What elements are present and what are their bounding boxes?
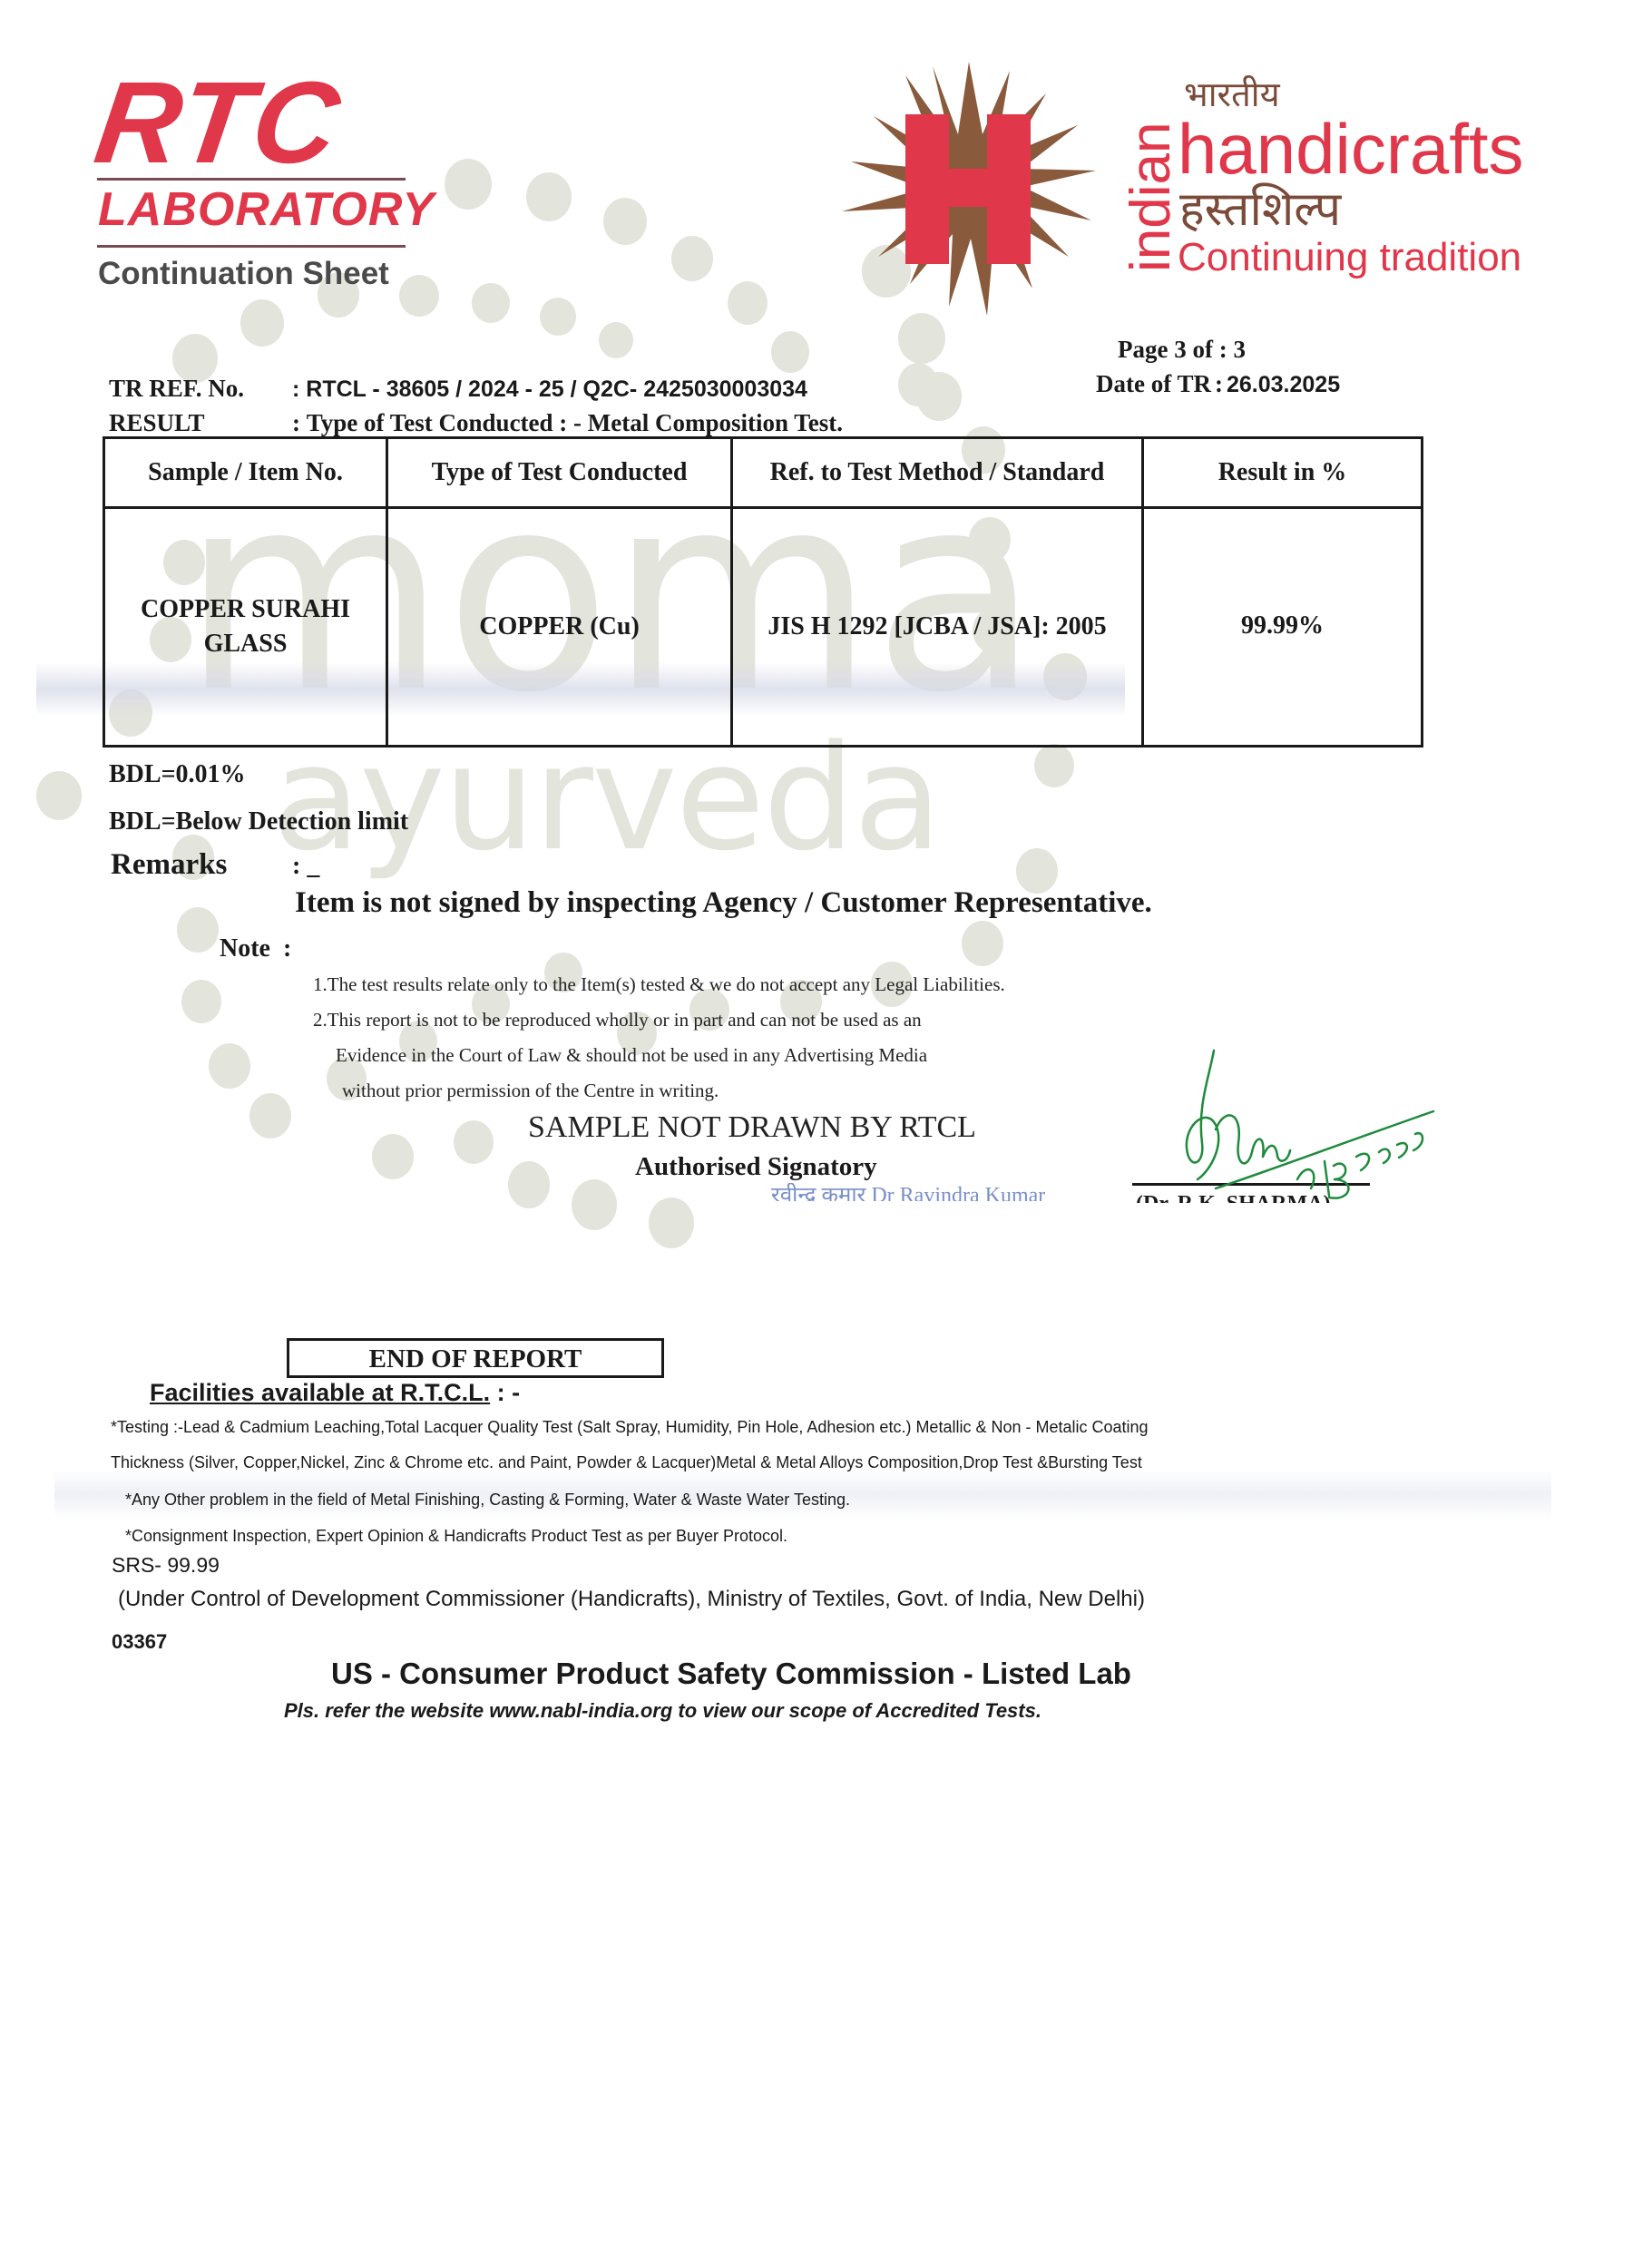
- facilities-title: Facilities available at R.T.C.L.: [150, 1379, 490, 1406]
- watermark-dot: [728, 281, 768, 325]
- cell-result: 99.99%: [1143, 508, 1423, 747]
- facility-item: *Testing :-Lead & Cadmium Leaching,Total…: [111, 1418, 1149, 1437]
- note-label: Note: [220, 934, 270, 963]
- watermark-dot: [372, 1134, 414, 1179]
- remarks-statement: Item is not signed by inspecting Agency …: [295, 886, 1152, 920]
- watermark-dot: [472, 283, 510, 323]
- document-number: 03367: [112, 1630, 167, 1654]
- note-item: 2.This report is not to be reproduced wh…: [313, 1009, 922, 1031]
- result-value: Type of Test Conducted : - Metal Composi…: [307, 409, 843, 436]
- handicrafts-hindi-bottom: हस्तशिल्प: [1179, 186, 1341, 233]
- watermark-dot: [599, 322, 633, 358]
- sample-name-line2: GLASS: [204, 630, 288, 658]
- watermark-dot: [540, 298, 576, 336]
- tr-ref-label: TR REF. No.: [109, 375, 292, 403]
- facilities-suffix: : -: [490, 1379, 520, 1406]
- column-header-result: Result in %: [1143, 438, 1423, 508]
- watermark-dot: [36, 771, 82, 820]
- watermark-dot: [209, 1043, 250, 1089]
- facility-item: *Consignment Inspection, Expert Opinion …: [125, 1527, 787, 1546]
- result-row: RESULT: Type of Test Conducted : - Metal…: [109, 409, 843, 437]
- tr-ref-value: RTCL - 38605 / 2024 - 25 / Q2C- 24250300…: [306, 376, 807, 402]
- watermark-dot: [249, 1093, 291, 1139]
- watermark-dot: [1034, 744, 1074, 787]
- sample-not-drawn-statement: SAMPLE NOT DRAWN BY RTCL: [528, 1110, 976, 1145]
- handicrafts-tagline: Continuing tradition: [1178, 238, 1521, 278]
- watermark-dot: [526, 172, 572, 221]
- watermark-dot: [603, 198, 647, 245]
- watermark-dot: [399, 275, 439, 317]
- handicrafts-title: handicrafts: [1178, 113, 1524, 184]
- facilities-heading: Facilities available at R.T.C.L. : -: [150, 1379, 520, 1407]
- page-value: 3: [1233, 336, 1246, 363]
- note-item-continuation: Evidence in the Court of Law & should no…: [336, 1044, 927, 1067]
- tr-ref-row: TR REF. No.: RTCL - 38605 / 2024 - 25 / …: [109, 375, 807, 403]
- page-indicator: Page 3 of : 3: [1118, 336, 1246, 364]
- sheet-type-label: Continuation Sheet: [98, 256, 389, 292]
- column-header-sample: Sample / Item No.: [104, 438, 387, 508]
- authorised-signatory-label: Authorised Signatory: [635, 1152, 877, 1182]
- remarks-label: Remarks: [111, 848, 292, 882]
- date-value: 26.03.2025: [1227, 372, 1340, 397]
- cell-test-type: COPPER (Cu): [387, 508, 732, 747]
- watermark-dot: [771, 331, 809, 373]
- sample-name-line1: COPPER SURAHI: [141, 595, 350, 623]
- cell-method: JIS H 1292 [JCBA / JSA]: 2005: [732, 508, 1143, 747]
- note-item: 1.The test results relate only to the It…: [313, 973, 1005, 996]
- watermark-word-ayurveda: ayurveda: [272, 726, 941, 871]
- watermark-dot: [898, 363, 938, 406]
- watermark-dot: [962, 921, 1003, 966]
- watermark-dot: [454, 1120, 494, 1164]
- note-item-continuation: without prior permission of the Centre i…: [342, 1080, 719, 1102]
- column-header-test-type: Type of Test Conducted: [387, 438, 732, 508]
- bdl-definition: BDL=Below Detection limit: [109, 807, 408, 836]
- watermark-dot: [572, 1179, 617, 1230]
- cell-sample: COPPER SURAHI GLASS: [104, 508, 387, 747]
- watermark-dot: [898, 313, 945, 364]
- watermark-dot: [177, 907, 219, 953]
- results-table: Sample / Item No. Type of Test Conducted…: [103, 436, 1423, 748]
- watermark-dot: [181, 980, 221, 1023]
- rtc-logo-subtitle: LABORATORY: [98, 186, 435, 233]
- remarks-row: Remarks: _: [111, 848, 319, 882]
- handwritten-signature-icon: [1161, 1043, 1452, 1207]
- handicrafts-star-h-icon: [842, 62, 1096, 316]
- srs-value: SRS- 99.99: [112, 1553, 220, 1578]
- column-header-method: Ref. to Test Method / Standard: [732, 438, 1143, 508]
- handicrafts-vertical-word: indian: [1123, 122, 1179, 272]
- handicrafts-hindi-top: भारतीय: [1184, 77, 1280, 112]
- date-label: Date of TR: [1096, 370, 1211, 397]
- rtc-logo-wordmark: RTC: [89, 65, 347, 181]
- facility-item: Thickness (Silver, Copper,Nickel, Zinc &…: [111, 1453, 1142, 1472]
- end-of-report-box: END OF REPORT: [287, 1338, 664, 1378]
- watermark-dot: [240, 299, 284, 347]
- watermark-dot: [671, 236, 713, 281]
- table-row: COPPER SURAHI GLASS COPPER (Cu) JIS H 12…: [104, 508, 1423, 747]
- rtc-logo-rule-bottom: [97, 245, 406, 248]
- note-row: Note :: [220, 934, 291, 963]
- table-header-row: Sample / Item No. Type of Test Conducted…: [104, 438, 1423, 508]
- stamp-name: रवीन्द्र कुमार Dr Ravindra Kumar: [771, 1183, 1045, 1201]
- result-label: RESULT: [109, 409, 292, 437]
- watermark-dot: [445, 159, 492, 210]
- facility-item: *Any Other problem in the field of Metal…: [125, 1491, 850, 1510]
- control-statement: (Under Control of Development Commission…: [118, 1587, 1145, 1612]
- cpsc-listed-lab: US - Consumer Product Safety Commission …: [331, 1657, 1131, 1691]
- page-label: Page 3 of: [1118, 336, 1213, 363]
- bdl-value: BDL=0.01%: [109, 760, 246, 789]
- remarks-value: : _: [292, 852, 319, 880]
- watermark-dot: [508, 1161, 550, 1208]
- nabl-reference: Pls. refer the website www.nabl-india.or…: [284, 1699, 1041, 1723]
- date-of-tr: Date of TR : 26.03.2025: [1096, 370, 1340, 398]
- watermark-dot: [649, 1198, 694, 1248]
- rtc-logo-rule-top: [97, 178, 406, 181]
